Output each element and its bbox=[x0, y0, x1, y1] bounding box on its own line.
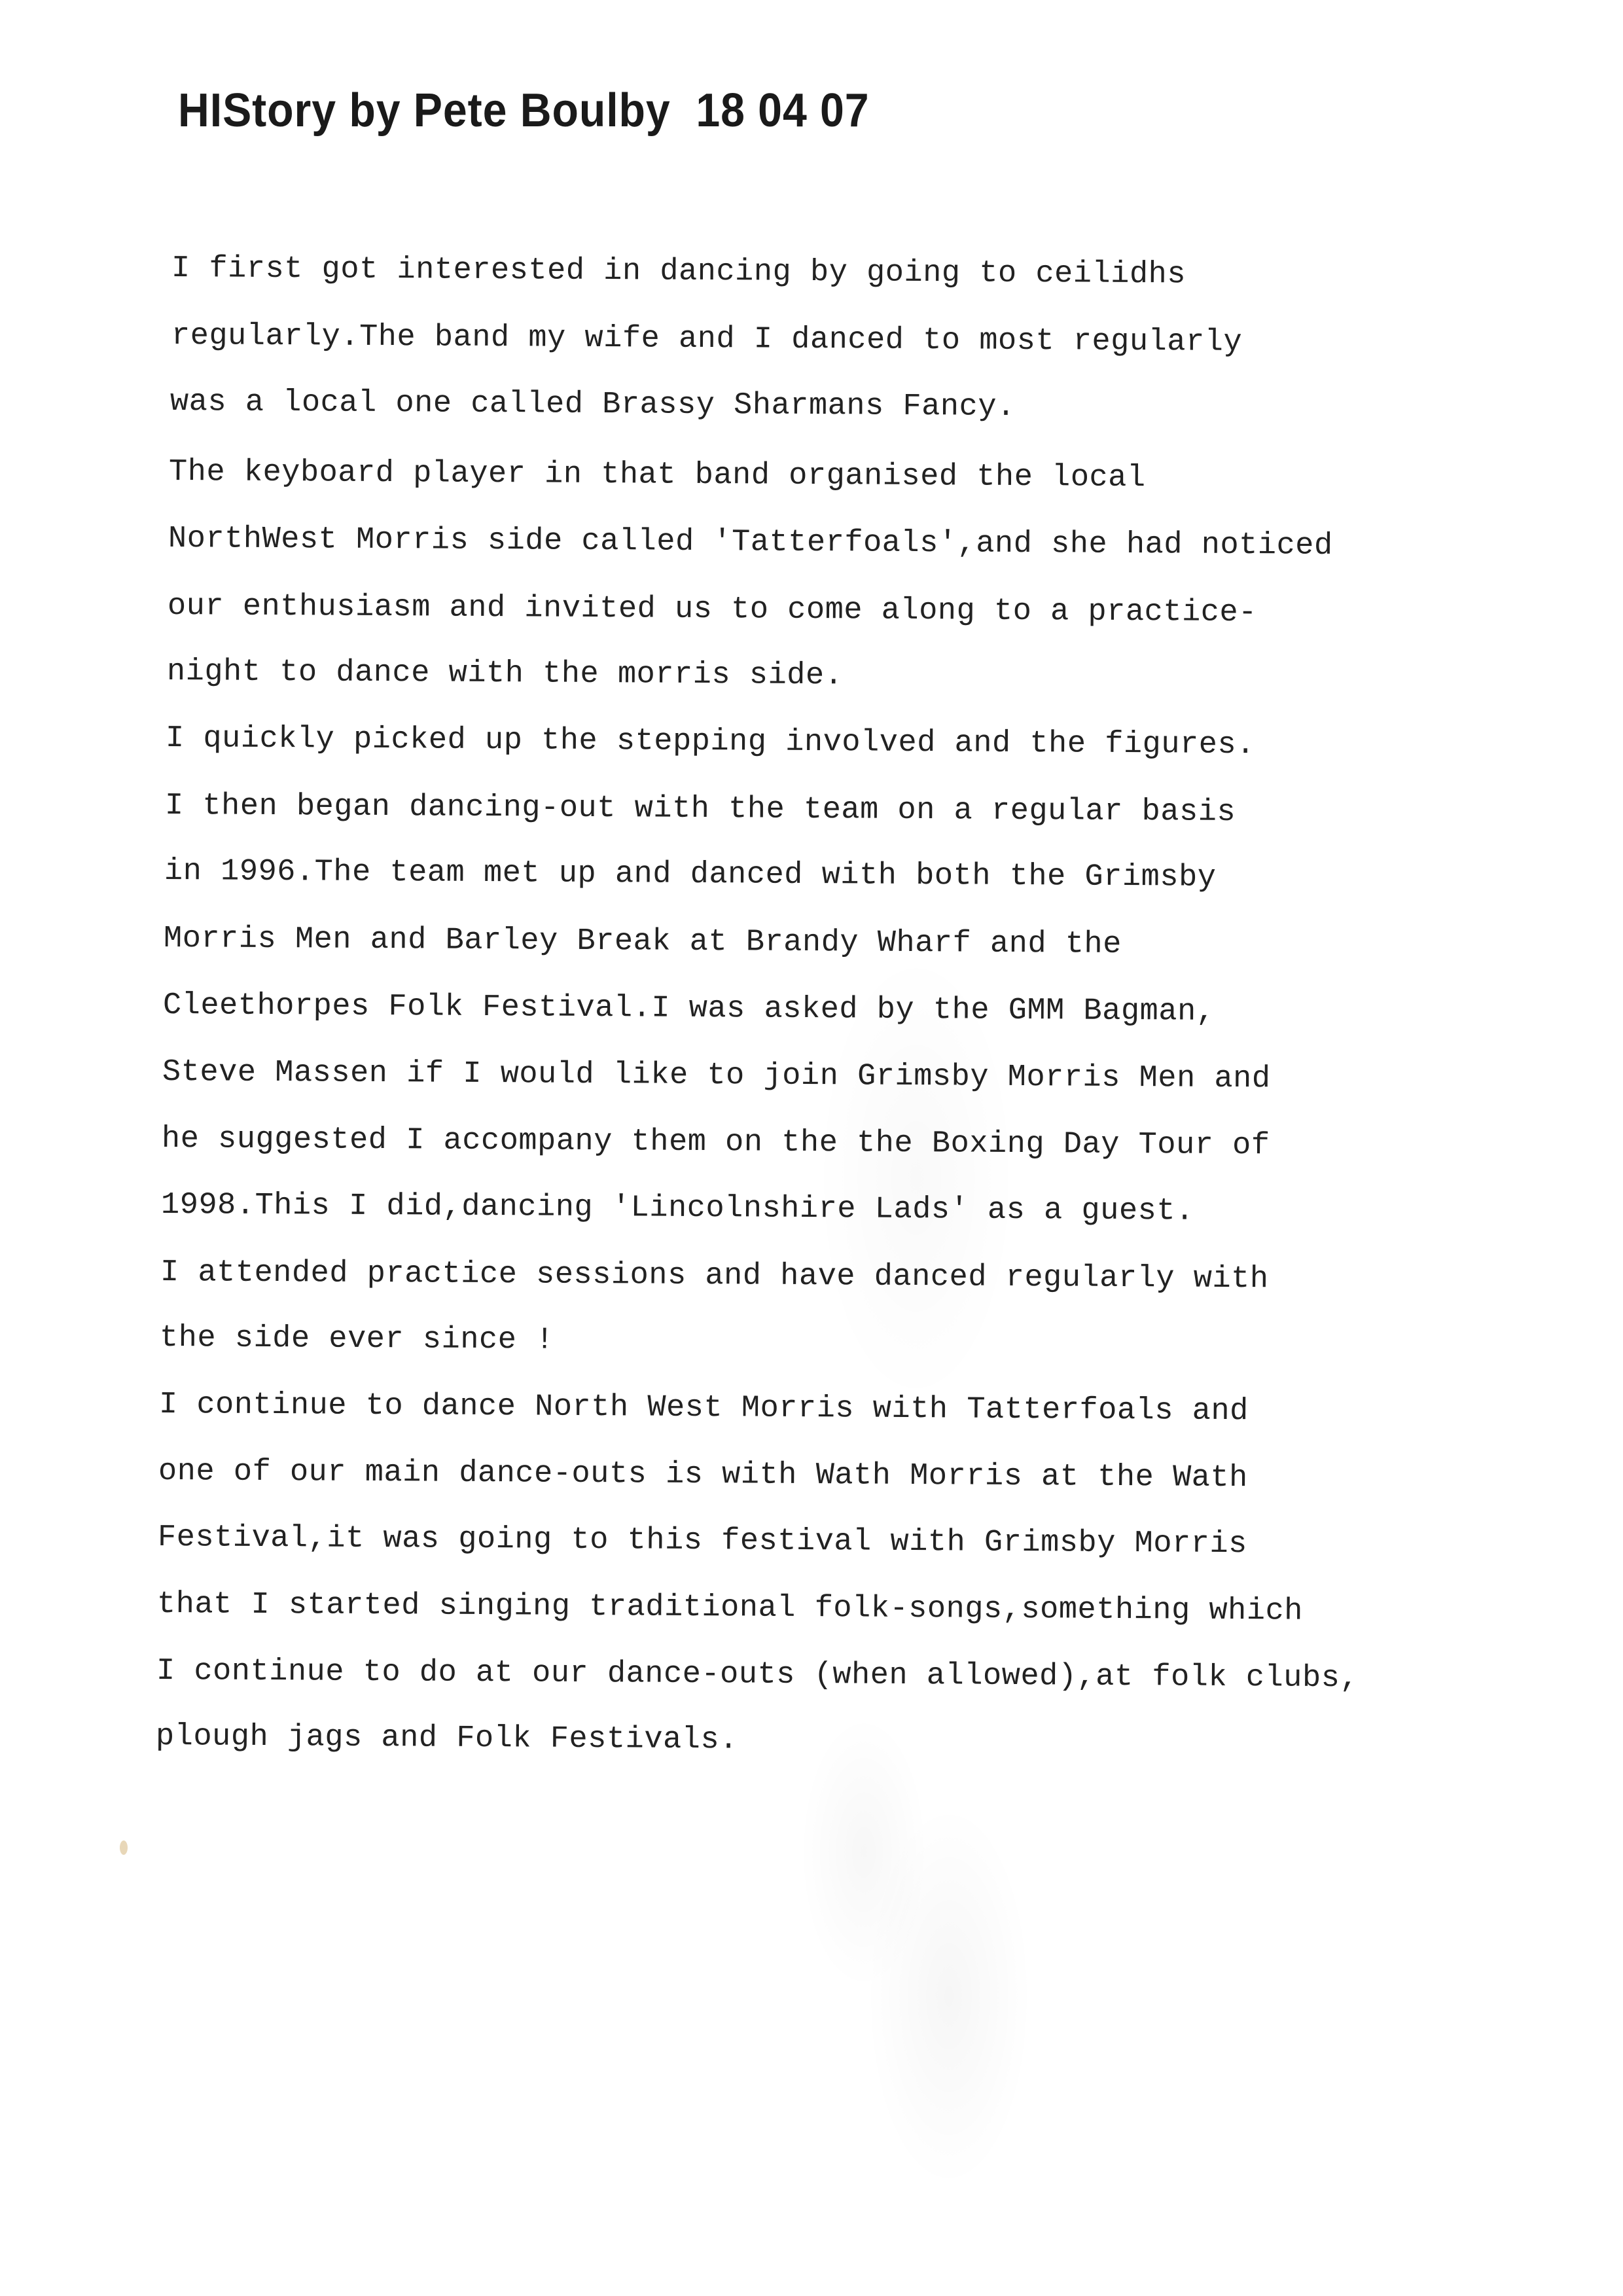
document-body: I first got interested in dancing by goi… bbox=[0, 0, 1623, 2296]
text-line: Morris Men and Barley Break at Brandy Wh… bbox=[164, 922, 1122, 962]
text-line: The keyboard player in that band organis… bbox=[169, 455, 1146, 495]
text-line: Festival,it was going to this festival w… bbox=[158, 1520, 1247, 1562]
text-line: was a local one called Brassy Sharmans F… bbox=[170, 385, 1016, 425]
text-line: night to dance with the morris side. bbox=[167, 655, 844, 693]
text-line: plough jags and Folk Festivals. bbox=[156, 1719, 738, 1757]
text-line: one of our main dance-outs is with Wath … bbox=[158, 1454, 1248, 1496]
scanned-page: HIStory by Pete Boulby 18 04 07 I first … bbox=[0, 0, 1623, 2296]
text-line: regularly.The band my wife and I danced … bbox=[171, 319, 1242, 360]
punch-hole-mark bbox=[120, 1840, 128, 1855]
text-line: 1998.This I did,dancing 'Lincolnshire La… bbox=[161, 1188, 1194, 1229]
text-line: that I started singing traditional folk-… bbox=[157, 1587, 1303, 1629]
text-line: Cleethorpes Folk Festival.I was asked by… bbox=[163, 988, 1215, 1030]
text-line: he suggested I accompany them on the the… bbox=[162, 1122, 1270, 1163]
text-line: I first got interested in dancing by goi… bbox=[171, 251, 1186, 292]
text-line: Steve Massen if I would like to join Gri… bbox=[162, 1055, 1271, 1096]
text-line: I attended practice sessions and have da… bbox=[160, 1255, 1269, 1297]
text-line: in 1996.The team met up and danced with … bbox=[164, 854, 1217, 895]
text-line: our enthusiasm and invited us to come al… bbox=[168, 589, 1257, 630]
text-line: I then began dancing-out with the team o… bbox=[165, 789, 1236, 830]
text-line: the side ever since ! bbox=[160, 1321, 554, 1358]
text-line: I continue to do at our dance-outs (when… bbox=[156, 1654, 1359, 1696]
text-line: I quickly picked up the stepping involve… bbox=[166, 721, 1255, 762]
text-line: NorthWest Morris side called 'Tatterfoal… bbox=[168, 522, 1333, 564]
text-line: I continue to dance North West Morris wi… bbox=[159, 1388, 1249, 1429]
